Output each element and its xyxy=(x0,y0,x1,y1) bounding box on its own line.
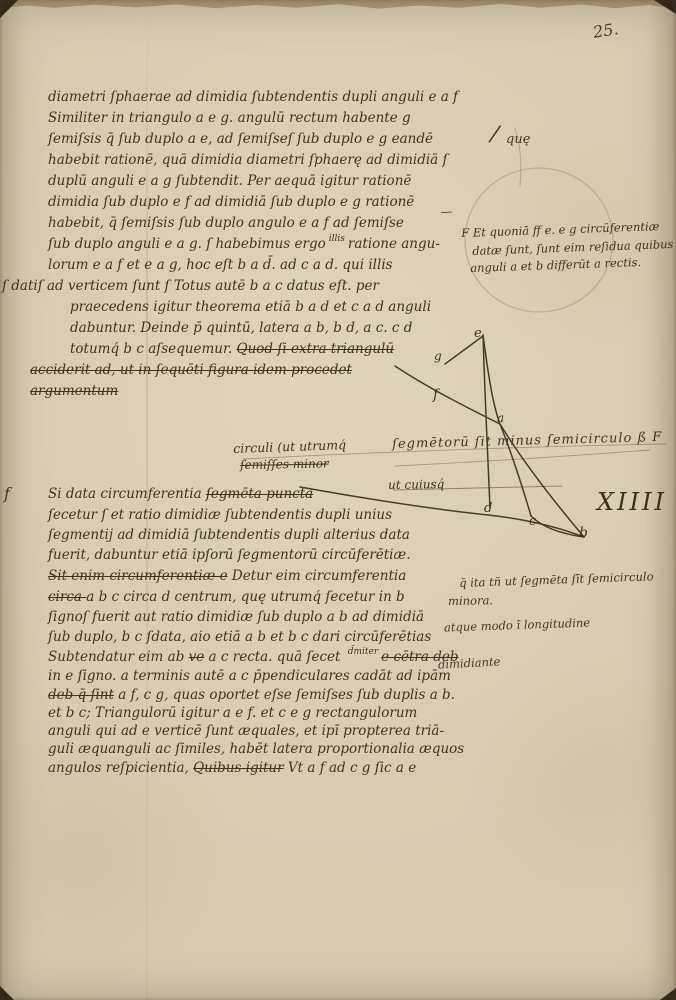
manuscript-line: argumentum xyxy=(30,384,118,399)
text-segment: Vt a f ad c g ſic a e xyxy=(284,760,417,776)
manuscript-line: habebit rationē, quā dimidia diametri ſp… xyxy=(48,153,448,168)
text-segment: a xyxy=(497,411,504,425)
text-segment: ſecetur ſ et ratio dimidiæ ſubtendentis … xyxy=(48,507,392,523)
struck-text: argumentum xyxy=(30,383,118,399)
text-segment: ſegmētorū ſit minus ſemicirculo ß F xyxy=(392,430,663,452)
manuscript-line: ſegmentij ad dimidiā ſubtendentis dupli … xyxy=(48,528,410,543)
torn-top-edge xyxy=(0,0,676,11)
margin-note-dimidiante: dimidiante xyxy=(438,654,501,671)
text-segment: g xyxy=(434,349,442,363)
manuscript-line: ſub duplo anguli e a g. ſ habebimus ergo… xyxy=(48,237,440,252)
struck-text: ve xyxy=(189,649,205,665)
struck-text: Sit enim circumferentiæ e xyxy=(48,568,228,584)
manuscript-line: ſ datiſ ad verticem ſunt ſ Totus autē b … xyxy=(2,279,379,294)
manuscript-line: dimidia ſub duplo e f ad dimidiā ſub dup… xyxy=(48,195,414,210)
manuscript-line: angulos reſpicientia, Quibus igitur Vt a… xyxy=(48,761,416,776)
text-segment: habebit rationē, quā dimidia diametri ſp… xyxy=(48,152,448,168)
manuscript-line: f xyxy=(4,485,10,503)
text-segment: ut cuiusq́ xyxy=(388,477,444,492)
manuscript-line: guli æquanguli ac ſimiles, habēt latera … xyxy=(48,742,464,757)
manuscript-line: habebit, q̄ ſemiſsis ſub duplo angulo e … xyxy=(48,216,404,231)
manuscript-line: praecedens igitur theorema etiā b a d et… xyxy=(70,300,431,315)
insertion-line: ſemiſſes minor xyxy=(240,457,329,472)
text-segment: datæ ſunt, ſunt eim reſidua quibus xyxy=(472,237,674,258)
text-segment: ſub duplo anguli e a g. ſ habebimus ergo xyxy=(48,236,326,252)
struck-text: ut in ſequēti figura idem procedet xyxy=(116,362,352,378)
text-segment: d xyxy=(484,501,492,516)
margin-note-line: datæ ſunt, ſunt eim reſidua quibus xyxy=(472,238,674,258)
text-segment: duplū anguli e a g ſubtendit. Per aequā … xyxy=(48,173,411,189)
diagram-point-label: c xyxy=(529,515,536,529)
text-segment: — xyxy=(440,204,453,219)
text-segment: illis xyxy=(329,234,345,244)
text-segment: ſub duplo, b c ſdata, aio etiā a b et b … xyxy=(48,629,431,645)
struck-text: circa xyxy=(48,589,86,605)
text-segment: circuli (ut utrumq́ xyxy=(233,437,346,456)
manuscript-line: ſignoſ fuerit aut ratio dimidiæ ſub dupl… xyxy=(48,610,424,625)
manuscript-line: deb q̄ ſint a f, c g, quas oportet eſse … xyxy=(48,688,455,703)
manuscript-line: Similiter in triangulo a e g. angulū rec… xyxy=(48,111,411,126)
scan-corner-bottom-right xyxy=(660,988,676,1000)
text-segment: f xyxy=(4,484,10,503)
text-segment: anguli a et b diﬀerūt a rectis. xyxy=(470,255,641,275)
insertion-underline xyxy=(395,450,650,466)
text-segment: guli æquanguli ac ſimiles, habēt latera … xyxy=(48,741,464,757)
manuscript-line: duplū anguli e a g ſubtendit. Per aequā … xyxy=(48,174,411,189)
manuscript-line: ſub duplo, b c ſdata, aio etiā a b et b … xyxy=(48,630,431,645)
text-segment: a f, c g, quas oportet eſse ſemiſses ſub… xyxy=(114,687,455,703)
text-segment: ſegmentij ad dimidiā ſubtendentis dupli … xyxy=(48,527,410,543)
struck-text: acciderit ad, xyxy=(30,362,116,378)
text-segment: ratione angu- xyxy=(348,236,440,252)
text-segment: F Et quoniā ﬀ e. e g circūferentiæ xyxy=(461,219,660,240)
manuscript-line: ſecetur ſ et ratio dimidiæ ſubtendentis … xyxy=(48,508,392,523)
text-segment: c xyxy=(529,514,536,529)
struck-text: Quibus igitur xyxy=(193,760,284,776)
chapter-numeral: XIIII xyxy=(597,488,667,516)
text-segment: e xyxy=(474,326,482,341)
text-segment: lorum e a f et e a g, hoc eſt b a d̄. ad… xyxy=(48,257,393,273)
insertion-line: circuli (ut utrumq́ xyxy=(233,438,346,456)
text-segment: in e ſigno. a terminis autē a c p̄pendic… xyxy=(48,668,451,684)
struck-text: Quod ſi extra triangulū xyxy=(237,341,395,357)
text-segment: ſemiſsis q̄ ſub duplo a e, ad ſemiſseſ ſ… xyxy=(48,131,433,147)
text-segment: diametri ſphaerae ad dimidia ſubtendenti… xyxy=(48,89,458,105)
text-segment: et b c; Triangulorū igitur a e f. et c e… xyxy=(48,705,417,721)
text-segment: dabuntur. Deinde p̄ quintū, latera a b, … xyxy=(70,320,412,336)
diagram-point-label: e xyxy=(474,327,482,341)
diagram-point-label: g xyxy=(434,350,442,363)
manuscript-line: et b c; Triangulorū igitur a e f. et c e… xyxy=(48,706,417,721)
struck-text: ſemiſſes minor xyxy=(240,456,329,472)
insertion-line: ut cuiusq́ xyxy=(388,478,444,492)
text-segment: Similiter in triangulo a e g. angulū rec… xyxy=(48,110,411,126)
text-segment: q̄ ita tn̄ ut ſegmēta ſīt ſemicirculo xyxy=(459,569,654,590)
manuscript-line: in e ſigno. a terminis autē a c p̄pendic… xyxy=(48,669,451,684)
text-segment: dimidia ſub duplo e f ad dimidiā ſub dup… xyxy=(48,194,414,210)
diagram-point-label: b xyxy=(579,526,588,541)
text-segment: d̄miter xyxy=(348,647,378,657)
margin-note-line: F Et quoniā ﬀ e. e g circūferentiæ xyxy=(461,220,660,240)
text-segment: habebit, q̄ ſemiſsis ſub duplo angulo e … xyxy=(48,215,404,231)
text-segment: praecedens igitur theorema etiā b a d et… xyxy=(70,299,431,315)
margin-note-line: q̄ ita tn̄ ut ſegmēta ſīt ſemicirculo xyxy=(459,570,654,589)
manuscript-line: totumq́ b c aſsequemur. Quod ſi extra tr… xyxy=(70,342,394,357)
manuscript-line: anguli qui ad e verticē ſunt æquales, et… xyxy=(48,724,444,739)
diagram-point-label: d xyxy=(484,502,492,516)
page-number: 25. xyxy=(592,19,620,42)
manuscript-line: acciderit ad, ut in ſequēti figura idem … xyxy=(30,363,352,378)
text-segment: a b c circa d centrum, quę utrumq́ ſecet… xyxy=(86,589,404,605)
manuscript-line: Subtendatur eim ab ve a c recta. quā ſec… xyxy=(48,650,459,665)
text-segment: ſ datiſ ad verticem ſunt ſ Totus autē b … xyxy=(2,278,379,294)
margin-note-longitudine: atque modo ī longitudine xyxy=(444,615,591,634)
text-segment: fuerit, dabuntur etiā ipſorū ſegmentorū … xyxy=(48,547,410,563)
diagram-point-label: f xyxy=(433,388,438,403)
text-segment: Si data circumferentia xyxy=(48,486,206,502)
text-segment: anguli qui ad e verticē ſunt æquales, et… xyxy=(48,723,444,739)
manuscript-line: Sit enim circumferentiæ e Detur eim circ… xyxy=(48,569,406,584)
manuscript-line: lorum e a f et e a g, hoc eſt b a d̄. ad… xyxy=(48,258,393,273)
manuscript-line: fuerit, dabuntur etiā ipſorū ſegmentorū … xyxy=(48,548,410,563)
margin-note-quae: quę xyxy=(506,132,530,147)
text-segment: Subtendatur eim ab xyxy=(48,649,189,665)
diagram-point-label: a xyxy=(497,412,504,425)
insertion-line: ſegmētorū ſit minus ſemicirculo ß F xyxy=(392,431,663,452)
text-segment: b xyxy=(579,525,588,541)
struck-text: ſegmēta puncta xyxy=(206,486,313,502)
margin-note-line: minora. xyxy=(448,594,493,607)
manuscript-line: ſemiſsis q̄ ſub duplo a e, ad ſemiſseſ ſ… xyxy=(48,132,433,147)
text-segment: a c recta. quā ſecet xyxy=(204,649,344,665)
line-e-d xyxy=(483,335,490,508)
text-segment: ſignoſ fuerit aut ratio dimidiæ ſub dupl… xyxy=(48,609,424,625)
text-segment: angulos reſpicientia, xyxy=(48,760,193,776)
text-segment: minora. xyxy=(448,593,493,608)
text-segment: f xyxy=(433,387,438,403)
margin-note-line: — xyxy=(440,205,453,219)
manuscript-line: Si data circumferentia ſegmēta puncta xyxy=(48,487,313,502)
insertion-mark: ∕ xyxy=(489,122,500,148)
text-segment: Detur eim circumferentia xyxy=(228,568,407,584)
manuscript-line: circa a b c circa d centrum, quę utrumq́… xyxy=(48,590,405,605)
text-segment: totumq́ b c aſsequemur. xyxy=(70,341,237,357)
margin-note-line: anguli a et b diﬀerūt a rectis. xyxy=(470,256,641,275)
manuscript-line: dabuntur. Deinde p̄ quintū, latera a b, … xyxy=(70,321,412,336)
manuscript-line: diametri ſphaerae ad dimidia ſubtendenti… xyxy=(48,90,458,105)
struck-text: deb q̄ ſint xyxy=(48,687,114,703)
manuscript-page: 25. diametri ſphaerae ad dimidia ſubtend… xyxy=(0,0,676,1000)
scan-corner-bottom-left xyxy=(0,986,14,1000)
